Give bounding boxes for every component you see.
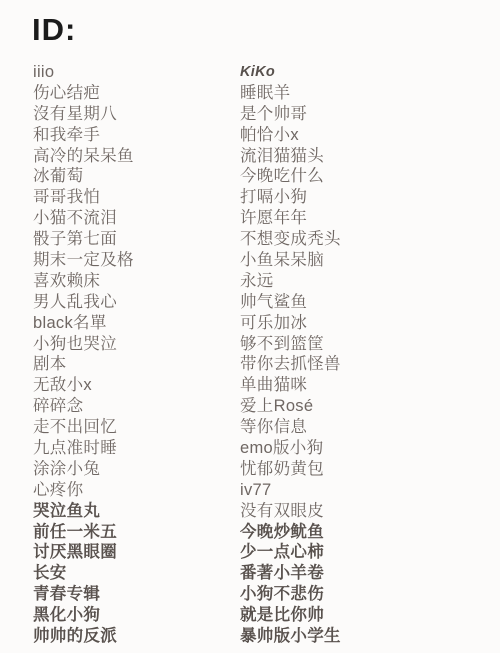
list-item: 就是比你帅 [240, 605, 341, 626]
list-item: 哭泣鱼丸 [33, 501, 134, 522]
list-item: 永远 [240, 271, 341, 292]
list-item: 青春专辑 [33, 584, 134, 605]
list-item: 小鱼呆呆脑 [240, 250, 341, 271]
list-item: 九点准时睡 [33, 438, 134, 459]
id-list-page: ID: iiio伤心结疤沒有星期八和我牵手高冷的呆呆鱼冰葡萄哥哥我怕小猫不流泪骰… [0, 0, 500, 653]
list-item: 今晚炒鱿鱼 [240, 522, 341, 543]
list-item: 许愿年年 [240, 208, 341, 229]
list-item: 少一点心柿 [240, 542, 341, 563]
list-item: 骰子第七面 [33, 229, 134, 250]
list-item: black名單 [33, 313, 134, 334]
list-item: 涂涂小兔 [33, 459, 134, 480]
list-item: 带你去抓怪兽 [240, 354, 341, 375]
list-item: 期末一定及格 [33, 250, 134, 271]
list-item: 心疼你 [33, 480, 134, 501]
list-item: KiKo [240, 62, 341, 83]
list-item: 帅帅的反派 [33, 626, 134, 647]
list-item: 讨厌黑眼圈 [33, 542, 134, 563]
list-item: 睡眠羊 [240, 83, 341, 104]
list-item: iv77 [240, 480, 341, 501]
list-item: 够不到篮筐 [240, 334, 341, 355]
list-item: 冰葡萄 [33, 166, 134, 187]
list-item: 无敌小x [33, 375, 134, 396]
list-item: 不想变成秃头 [240, 229, 341, 250]
list-item: emo版小狗 [240, 438, 341, 459]
list-item: 碎碎念 [33, 396, 134, 417]
list-item: 番著小羊卷 [240, 563, 341, 584]
list-item: 是个帅哥 [240, 104, 341, 125]
list-item: 小狗不悲伤 [240, 584, 341, 605]
list-item: 高冷的呆呆鱼 [33, 146, 134, 167]
list-item: 小猫不流泪 [33, 208, 134, 229]
list-item: 前任一米五 [33, 522, 134, 543]
list-item: 今晚吃什么 [240, 166, 341, 187]
list-item: 帅气鲨鱼 [240, 292, 341, 313]
list-item: 和我牵手 [33, 125, 134, 146]
list-item: 爱上Rosé [240, 396, 341, 417]
list-item: 喜欢赖床 [33, 271, 134, 292]
page-title: ID: [32, 12, 76, 48]
list-item: 可乐加冰 [240, 313, 341, 334]
id-column-left: iiio伤心结疤沒有星期八和我牵手高冷的呆呆鱼冰葡萄哥哥我怕小猫不流泪骰子第七面… [33, 62, 134, 647]
list-item: 走不出回忆 [33, 417, 134, 438]
list-item: 打嗝小狗 [240, 187, 341, 208]
list-item: 等你信息 [240, 417, 341, 438]
list-item: 暴帅版小学生 [240, 626, 341, 647]
list-item: 小狗也哭泣 [33, 334, 134, 355]
list-item: 沒有星期八 [33, 104, 134, 125]
list-item: 单曲猫咪 [240, 375, 341, 396]
list-item: 没有双眼皮 [240, 501, 341, 522]
list-item: 剧本 [33, 354, 134, 375]
list-item: 帕恰小x [240, 125, 341, 146]
list-item: iiio [33, 62, 134, 83]
list-item: 伤心结疤 [33, 83, 134, 104]
list-item: 长安 [33, 563, 134, 584]
list-item: 流泪猫猫头 [240, 146, 341, 167]
list-item: 黑化小狗 [33, 605, 134, 626]
list-item: 忧郁奶黄包 [240, 459, 341, 480]
id-column-right: KiKo睡眠羊是个帅哥帕恰小x流泪猫猫头今晚吃什么打嗝小狗许愿年年不想变成秃头小… [240, 62, 341, 647]
list-item: 哥哥我怕 [33, 187, 134, 208]
list-item: 男人乱我心 [33, 292, 134, 313]
